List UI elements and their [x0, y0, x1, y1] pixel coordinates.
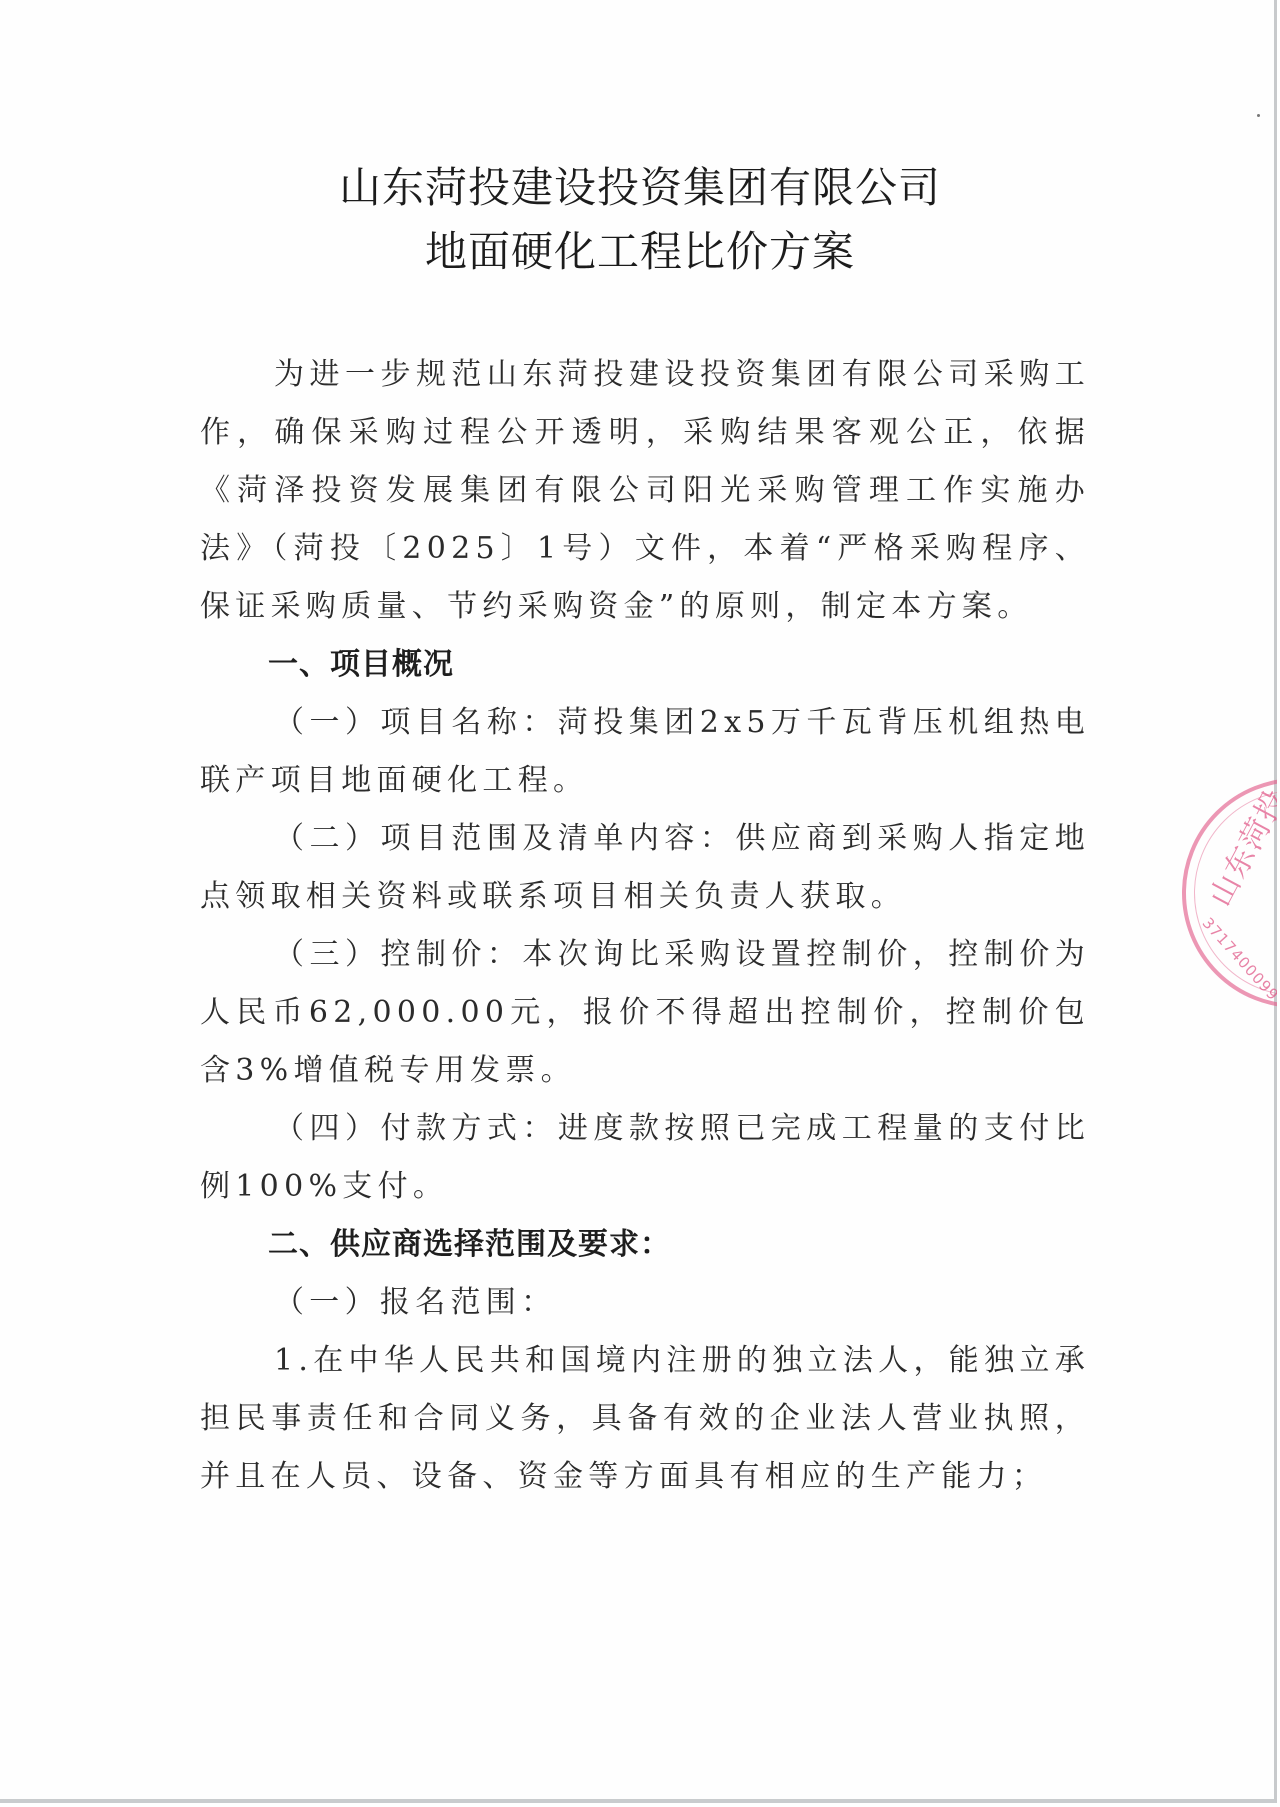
section2-subheading: （一）报名范围：	[200, 1274, 1090, 1332]
section2-heading: 二、供应商选择范围及要求：	[200, 1216, 1090, 1274]
seal-inner-ring	[1194, 790, 1277, 996]
section1-item-payment: （四）付款方式：进度款按照已完成工程量的支付比例100%支付。	[200, 1100, 1090, 1216]
section1-heading: 一、项目概况	[200, 636, 1090, 694]
seal-clip: 山东菏投 3717400099	[1160, 740, 1277, 1040]
document-title-line2: 地面硬化工程比价方案	[0, 222, 1280, 282]
section1-item-project-name: （一）项目名称：菏投集团2x5万千瓦背压机组热电联产项目地面硬化工程。	[200, 694, 1090, 810]
document-page: 山东菏投建设投资集团有限公司 地面硬化工程比价方案 为进一步规范山东菏投建设投资…	[0, 0, 1277, 1803]
company-seal-icon: 山东菏投 3717400099	[1182, 778, 1277, 1008]
scan-speck	[1257, 114, 1260, 117]
seal-name-text: 山东菏投	[1196, 779, 1277, 913]
intro-paragraph: 为进一步规范山东菏投建设投资集团有限公司采购工作，确保采购过程公开透明，采购结果…	[200, 346, 1090, 636]
document-title-line1: 山东菏投建设投资集团有限公司	[0, 158, 1280, 218]
seal-code-text: 3717400099	[1199, 914, 1277, 1004]
section2-item-1: 1.在中华人民共和国境内注册的独立法人，能独立承担民事责任和合同义务，具备有效的…	[200, 1332, 1090, 1506]
document-body: 为进一步规范山东菏投建设投资集团有限公司采购工作，确保采购过程公开透明，采购结果…	[200, 346, 1090, 1506]
section1-item-scope: （二）项目范围及清单内容：供应商到采购人指定地点领取相关资料或联系项目相关负责人…	[200, 810, 1090, 926]
section1-item-control-price: （三）控制价：本次询比采购设置控制价，控制价为人民币62,000.00元，报价不…	[200, 926, 1090, 1100]
